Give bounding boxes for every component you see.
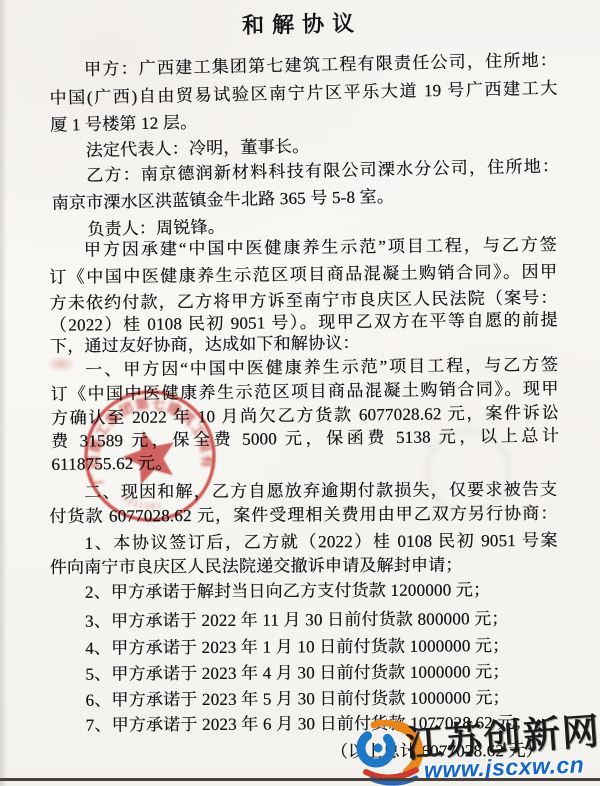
doc-line: 5、甲方承诺于 2023 年 4 月 30 日前付货款 1000000 元； <box>50 659 558 688</box>
scanned-settlement-agreement: { "document": { "title": "和解协议", "lines"… <box>0 0 600 786</box>
scan-bottom-margin <box>0 781 600 786</box>
doc-line: 3、甲方承诺于 2022 年 11 月 30 日前付货款 800000 元； <box>50 606 558 635</box>
svg-text:0211501: 0211501 <box>120 489 164 514</box>
company-seal-stamp: 广西建工集团第七建筑工程有限责任公司 0211501 <box>73 379 227 533</box>
doc-line: 2、甲方承诺于解封当日向乙方支付货款 1200000 元； <box>50 577 558 606</box>
faint-seal-ghost <box>424 428 512 516</box>
seal-code-text: 0211501 <box>120 489 164 514</box>
doc-line: 4、甲方承诺于 2023 年 1 月 10 日前付货款 1000000 元； <box>50 633 558 662</box>
red-ink-smudge <box>46 356 76 372</box>
seal-star-icon <box>117 424 183 488</box>
